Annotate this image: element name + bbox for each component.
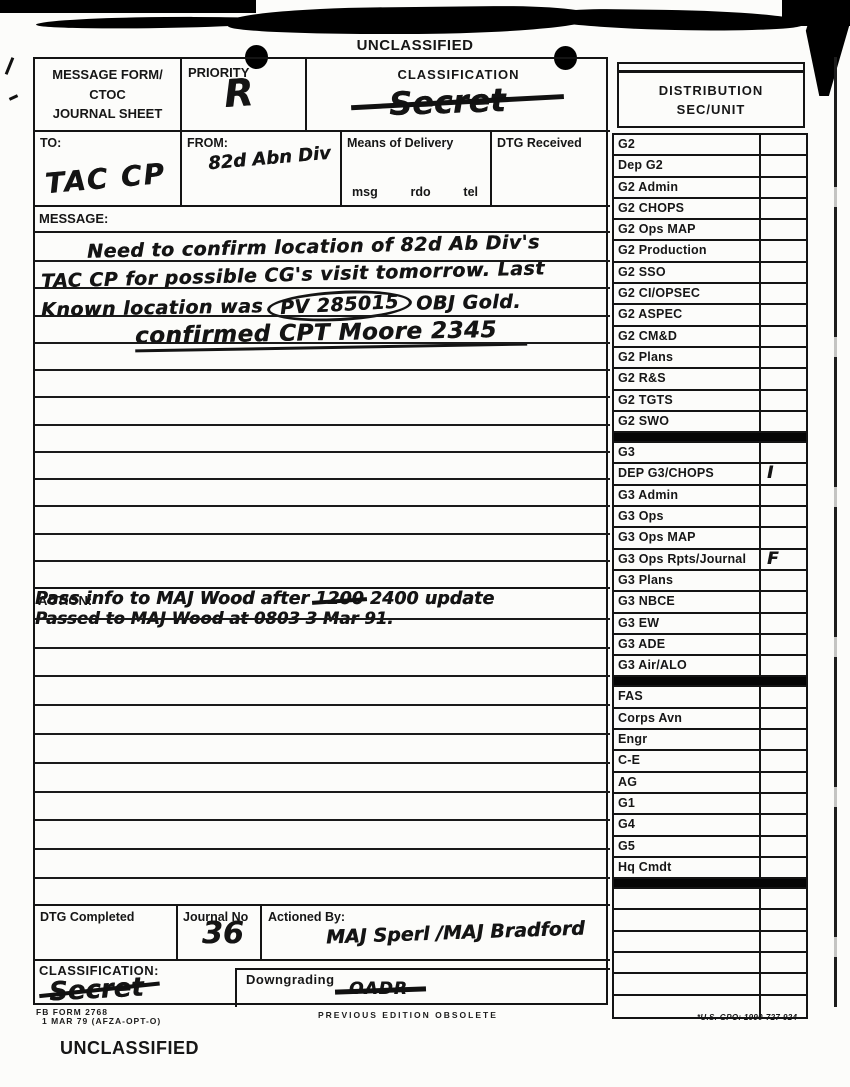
ruled-line	[35, 315, 610, 317]
distribution-row: G5	[614, 837, 806, 858]
distribution-row	[614, 932, 806, 953]
ruled-line	[35, 877, 610, 879]
distribution-mark-cell	[761, 889, 806, 908]
priority-field: PRIORITY R	[182, 59, 307, 132]
distribution-row: G2 SSO	[614, 263, 806, 284]
classification-label: CLASSIFICATION	[307, 67, 610, 82]
distribution-unit-label: G3 Ops	[614, 507, 761, 526]
distribution-unit-label	[614, 932, 761, 951]
scan-artifact-band	[540, 8, 802, 32]
to-field: TO: TAC CP	[35, 132, 182, 207]
distribution-mark-cell	[761, 953, 806, 972]
distribution-mark-cell	[761, 730, 806, 749]
distribution-row: G3 Admin	[614, 486, 806, 507]
action-struck-time: 1200	[315, 589, 364, 609]
action-line-1-tail: 2400 update	[370, 589, 494, 609]
distribution-unit-label: G3 EW	[614, 614, 761, 633]
distribution-section-divider	[614, 677, 806, 687]
ruled-line	[35, 675, 610, 677]
distribution-unit-label: G2 CI/OPSEC	[614, 284, 761, 303]
message-ruled-area: Need to confirm location of 82d Ab Div's…	[35, 233, 610, 587]
distribution-header: DISTRIBUTION SEC/UNIT	[617, 62, 805, 128]
from-field: FROM: 82d Abn Div	[182, 132, 342, 207]
distribution-unit-label: G2 Admin	[614, 178, 761, 197]
to-handwritten-value: TAC CP	[44, 157, 168, 200]
ruled-line	[35, 260, 610, 262]
means-of-delivery-field: Means of Delivery msg rdo tel	[342, 132, 492, 207]
distribution-row: Corps Avn	[614, 709, 806, 730]
distribution-section-divider	[614, 433, 806, 443]
distribution-unit-label: FAS	[614, 687, 761, 706]
distribution-unit-label: G2 CHOPS	[614, 199, 761, 218]
distribution-row: G2 Production	[614, 241, 806, 262]
distribution-row: Engr	[614, 730, 806, 751]
message-line-3-text: Known location was	[41, 295, 263, 321]
distribution-row: G2 Plans	[614, 348, 806, 369]
distribution-mark-cell	[761, 263, 806, 282]
bottom-classification-field: CLASSIFICATION: Secret Downgrading OADR	[35, 959, 610, 1007]
classification-handwritten-value: Secret	[388, 81, 506, 123]
distribution-mark-cell	[761, 837, 806, 856]
distribution-unit-label: Engr	[614, 730, 761, 749]
ruled-line	[35, 533, 610, 535]
distribution-row: G3	[614, 443, 806, 464]
dtg-received-field: DTG Received	[492, 132, 610, 207]
actioned-by-field: Actioned By: MAJ Sperl /MAJ Bradford	[262, 904, 610, 959]
distribution-mark-cell	[761, 687, 806, 706]
distribution-unit-label: G3 NBCE	[614, 592, 761, 611]
message-label: MESSAGE:	[39, 211, 108, 226]
classification-field: CLASSIFICATION Secret	[307, 59, 610, 132]
distribution-section-divider	[614, 879, 806, 889]
distribution-row: Hq Cmdt	[614, 858, 806, 879]
distribution-row: G3 EW	[614, 614, 806, 635]
distribution-mark-cell	[761, 305, 806, 324]
distribution-mark-cell	[761, 751, 806, 770]
gpo-note: *U.S. GPO: 1990-727-924	[697, 1013, 797, 1022]
distribution-mark-cell	[761, 156, 806, 175]
distribution-mark-cell	[761, 773, 806, 792]
form-title-line1: MESSAGE FORM/	[52, 65, 163, 85]
ruled-line	[35, 560, 610, 562]
distribution-unit-label	[614, 953, 761, 972]
ruled-line	[35, 505, 610, 507]
distribution-mark-cell	[761, 486, 806, 505]
message-line-4: confirmed CPT Moore 2345	[135, 317, 527, 353]
distribution-mark-cell	[761, 284, 806, 303]
distribution-row	[614, 910, 806, 931]
ruled-line	[35, 733, 610, 735]
distribution-unit-label: G3 Admin	[614, 486, 761, 505]
ruled-line	[35, 762, 610, 764]
ruled-line	[35, 618, 610, 620]
distribution-row: Dep G2	[614, 156, 806, 177]
distribution-mark-cell: F	[761, 550, 806, 569]
distribution-row: G2 R&S	[614, 369, 806, 390]
distribution-unit-label: G2 SWO	[614, 412, 761, 431]
distribution-row: G2 CI/OPSEC	[614, 284, 806, 305]
distribution-unit-label: Corps Avn	[614, 709, 761, 728]
distribution-mark-cell	[761, 932, 806, 951]
journal-no-handwritten-value: 36	[202, 916, 244, 951]
distribution-unit-label: AG	[614, 773, 761, 792]
downgrading-label: Downgrading	[246, 972, 335, 1002]
distribution-unit-label	[614, 974, 761, 993]
distribution-row: G2 CM&D	[614, 327, 806, 348]
ruled-line	[35, 451, 610, 453]
actioned-by-handwritten-value: MAJ Sperl /MAJ Bradford	[326, 917, 585, 948]
distribution-unit-label: G3 Ops Rpts/Journal	[614, 550, 761, 569]
ruled-line	[35, 819, 610, 821]
distribution-mark-cell	[761, 794, 806, 813]
downgrading-struck-value: OADR	[349, 979, 408, 999]
edition-note: PREVIOUS EDITION OBSOLETE	[318, 1010, 498, 1020]
ruled-line	[35, 342, 610, 344]
message-form: MESSAGE FORM/ CTOC JOURNAL SHEET PRIORIT…	[33, 57, 608, 1005]
distribution-row: G2 CHOPS	[614, 199, 806, 220]
distribution-unit-label: G2 ASPEC	[614, 305, 761, 324]
form-date: 1 MAR 79 (AFZA-OPT-O)	[42, 1016, 161, 1026]
distribution-mark-cell	[761, 910, 806, 929]
form-title-cell: MESSAGE FORM/ CTOC JOURNAL SHEET	[35, 59, 182, 132]
dtg-received-label: DTG Received	[497, 136, 582, 150]
distribution-unit-label: Dep G2	[614, 156, 761, 175]
distribution-mark-cell	[761, 412, 806, 431]
distribution-mark-cell	[761, 199, 806, 218]
distribution-header-line2: SEC/UNIT	[619, 101, 803, 120]
ruled-line	[35, 424, 610, 426]
scan-artifact-mark	[9, 94, 18, 101]
paper-edge-line	[834, 57, 837, 1007]
message-line-1: Need to confirm location of 82d Ab Div's	[87, 231, 540, 262]
distribution-row: C-E	[614, 751, 806, 772]
distribution-mark-cell	[761, 635, 806, 654]
distribution-row: G2 Admin	[614, 178, 806, 199]
distribution-mark-cell	[761, 614, 806, 633]
priority-handwritten-value: R	[223, 70, 255, 116]
distribution-header-line1: DISTRIBUTION	[619, 82, 803, 101]
bottom-classification-banner: UNCLASSIFIED	[60, 1038, 199, 1059]
distribution-unit-label: G2 Production	[614, 241, 761, 260]
form-title-line3: JOURNAL SHEET	[53, 104, 163, 124]
action-ruled-area: ACTION: Pass info to MAJ Wood after 1200…	[35, 587, 610, 904]
distribution-row	[614, 889, 806, 910]
distribution-unit-label: G3 Plans	[614, 571, 761, 590]
distribution-mark-cell	[761, 241, 806, 260]
scanned-document-page: UNCLASSIFIED MESSAGE FORM/ CTOC JOURNAL …	[0, 0, 850, 1087]
form-title-line2: CTOC	[89, 85, 126, 105]
distribution-row: G3 ADE	[614, 635, 806, 656]
distribution-mark-cell	[761, 656, 806, 675]
ruled-line	[35, 478, 610, 480]
distribution-row: G2 ASPEC	[614, 305, 806, 326]
actioned-by-label: Actioned By:	[268, 910, 345, 924]
distribution-row: FAS	[614, 687, 806, 708]
distribution-mark-cell	[761, 592, 806, 611]
distribution-mark-cell	[761, 571, 806, 590]
distribution-mark-cell	[761, 178, 806, 197]
distribution-row: G3 Plans	[614, 571, 806, 592]
distribution-row: G3 Ops	[614, 507, 806, 528]
distribution-row: G4	[614, 815, 806, 836]
distribution-mark-cell: I	[761, 464, 806, 483]
action-line-1: Pass info to MAJ Wood after 1200 2400 up…	[35, 589, 494, 609]
ruled-line	[35, 848, 610, 850]
distribution-unit-label: G3	[614, 443, 761, 462]
distribution-mark-cell	[761, 815, 806, 834]
distribution-mark-cell	[761, 391, 806, 410]
message-line-3-tail: OBJ Gold.	[416, 291, 521, 315]
distribution-mark-cell	[761, 369, 806, 388]
distribution-row	[614, 953, 806, 974]
distribution-row: G3 NBCE	[614, 592, 806, 613]
distribution-mark-cell	[761, 327, 806, 346]
message-section-header: MESSAGE:	[35, 207, 610, 233]
downgrading-field: Downgrading OADR	[235, 968, 610, 1007]
distribution-row: AG	[614, 773, 806, 794]
distribution-row: G2 Ops MAP	[614, 220, 806, 241]
ruled-line	[35, 647, 610, 649]
ruled-line	[35, 704, 610, 706]
distribution-mark-cell	[761, 135, 806, 154]
distribution-unit-label: G4	[614, 815, 761, 834]
delivery-option-tel: tel	[463, 185, 478, 199]
distribution-mark-cell	[761, 858, 806, 877]
ruled-line	[35, 287, 610, 289]
scan-artifact-mark	[5, 57, 15, 75]
distribution-unit-label: G5	[614, 837, 761, 856]
dtg-completed-label: DTG Completed	[40, 910, 134, 924]
distribution-mark-cell	[761, 220, 806, 239]
action-label: ACTION:	[38, 593, 92, 608]
distribution-unit-label: G1	[614, 794, 761, 813]
distribution-unit-label: G3 Air/ALO	[614, 656, 761, 675]
top-classification-banner: UNCLASSIFIED	[340, 37, 490, 54]
distribution-unit-label: Hq Cmdt	[614, 858, 761, 877]
scan-artifact-band	[0, 0, 256, 13]
bottom-classification-handwritten-value: Secret	[48, 973, 144, 1008]
distribution-unit-label: G2 TGTS	[614, 391, 761, 410]
distribution-mark-cell	[761, 443, 806, 462]
distribution-row: G2 TGTS	[614, 391, 806, 412]
distribution-unit-label: G2 CM&D	[614, 327, 761, 346]
from-label: FROM:	[187, 136, 228, 150]
ruled-line	[35, 791, 610, 793]
distribution-unit-label: G2 Plans	[614, 348, 761, 367]
distribution-mark-cell	[761, 974, 806, 993]
distribution-row: G2 SWO	[614, 412, 806, 433]
distribution-unit-label: G2	[614, 135, 761, 154]
ruled-line	[35, 396, 610, 398]
distribution-row: DEP G3/CHOPSI	[614, 464, 806, 485]
means-of-delivery-label: Means of Delivery	[347, 136, 453, 150]
distribution-mark-cell	[761, 507, 806, 526]
distribution-unit-label: G2 SSO	[614, 263, 761, 282]
distribution-unit-label: G3 Ops MAP	[614, 528, 761, 547]
distribution-mark-cell	[761, 348, 806, 367]
distribution-unit-label: G2 R&S	[614, 369, 761, 388]
distribution-row	[614, 974, 806, 995]
distribution-table: G2Dep G2G2 AdminG2 CHOPSG2 Ops MAPG2 Pro…	[612, 133, 808, 1019]
distribution-header-text: DISTRIBUTION SEC/UNIT	[619, 82, 803, 120]
distribution-row: G1	[614, 794, 806, 815]
distribution-row: G2	[614, 135, 806, 156]
distribution-unit-label: C-E	[614, 751, 761, 770]
distribution-unit-label: G2 Ops MAP	[614, 220, 761, 239]
ruled-line	[35, 369, 610, 371]
distribution-mark-cell	[761, 528, 806, 547]
delivery-options: msg rdo tel	[352, 185, 478, 199]
scan-artifact-band	[228, 5, 594, 36]
to-label: TO:	[40, 136, 61, 150]
distribution-unit-label	[614, 889, 761, 908]
distribution-row: G3 Ops Rpts/JournalF	[614, 550, 806, 571]
journal-no-field: Journal No 36	[178, 904, 262, 959]
dtg-completed-field: DTG Completed	[35, 904, 178, 959]
delivery-option-msg: msg	[352, 185, 378, 199]
distribution-unit-label: DEP G3/CHOPS	[614, 464, 761, 483]
distribution-unit-label: G3 ADE	[614, 635, 761, 654]
distribution-row: G3 Ops MAP	[614, 528, 806, 549]
distribution-unit-label	[614, 910, 761, 929]
delivery-option-rdo: rdo	[410, 185, 430, 199]
distribution-row: G3 Air/ALO	[614, 656, 806, 677]
distribution-mark-cell	[761, 709, 806, 728]
